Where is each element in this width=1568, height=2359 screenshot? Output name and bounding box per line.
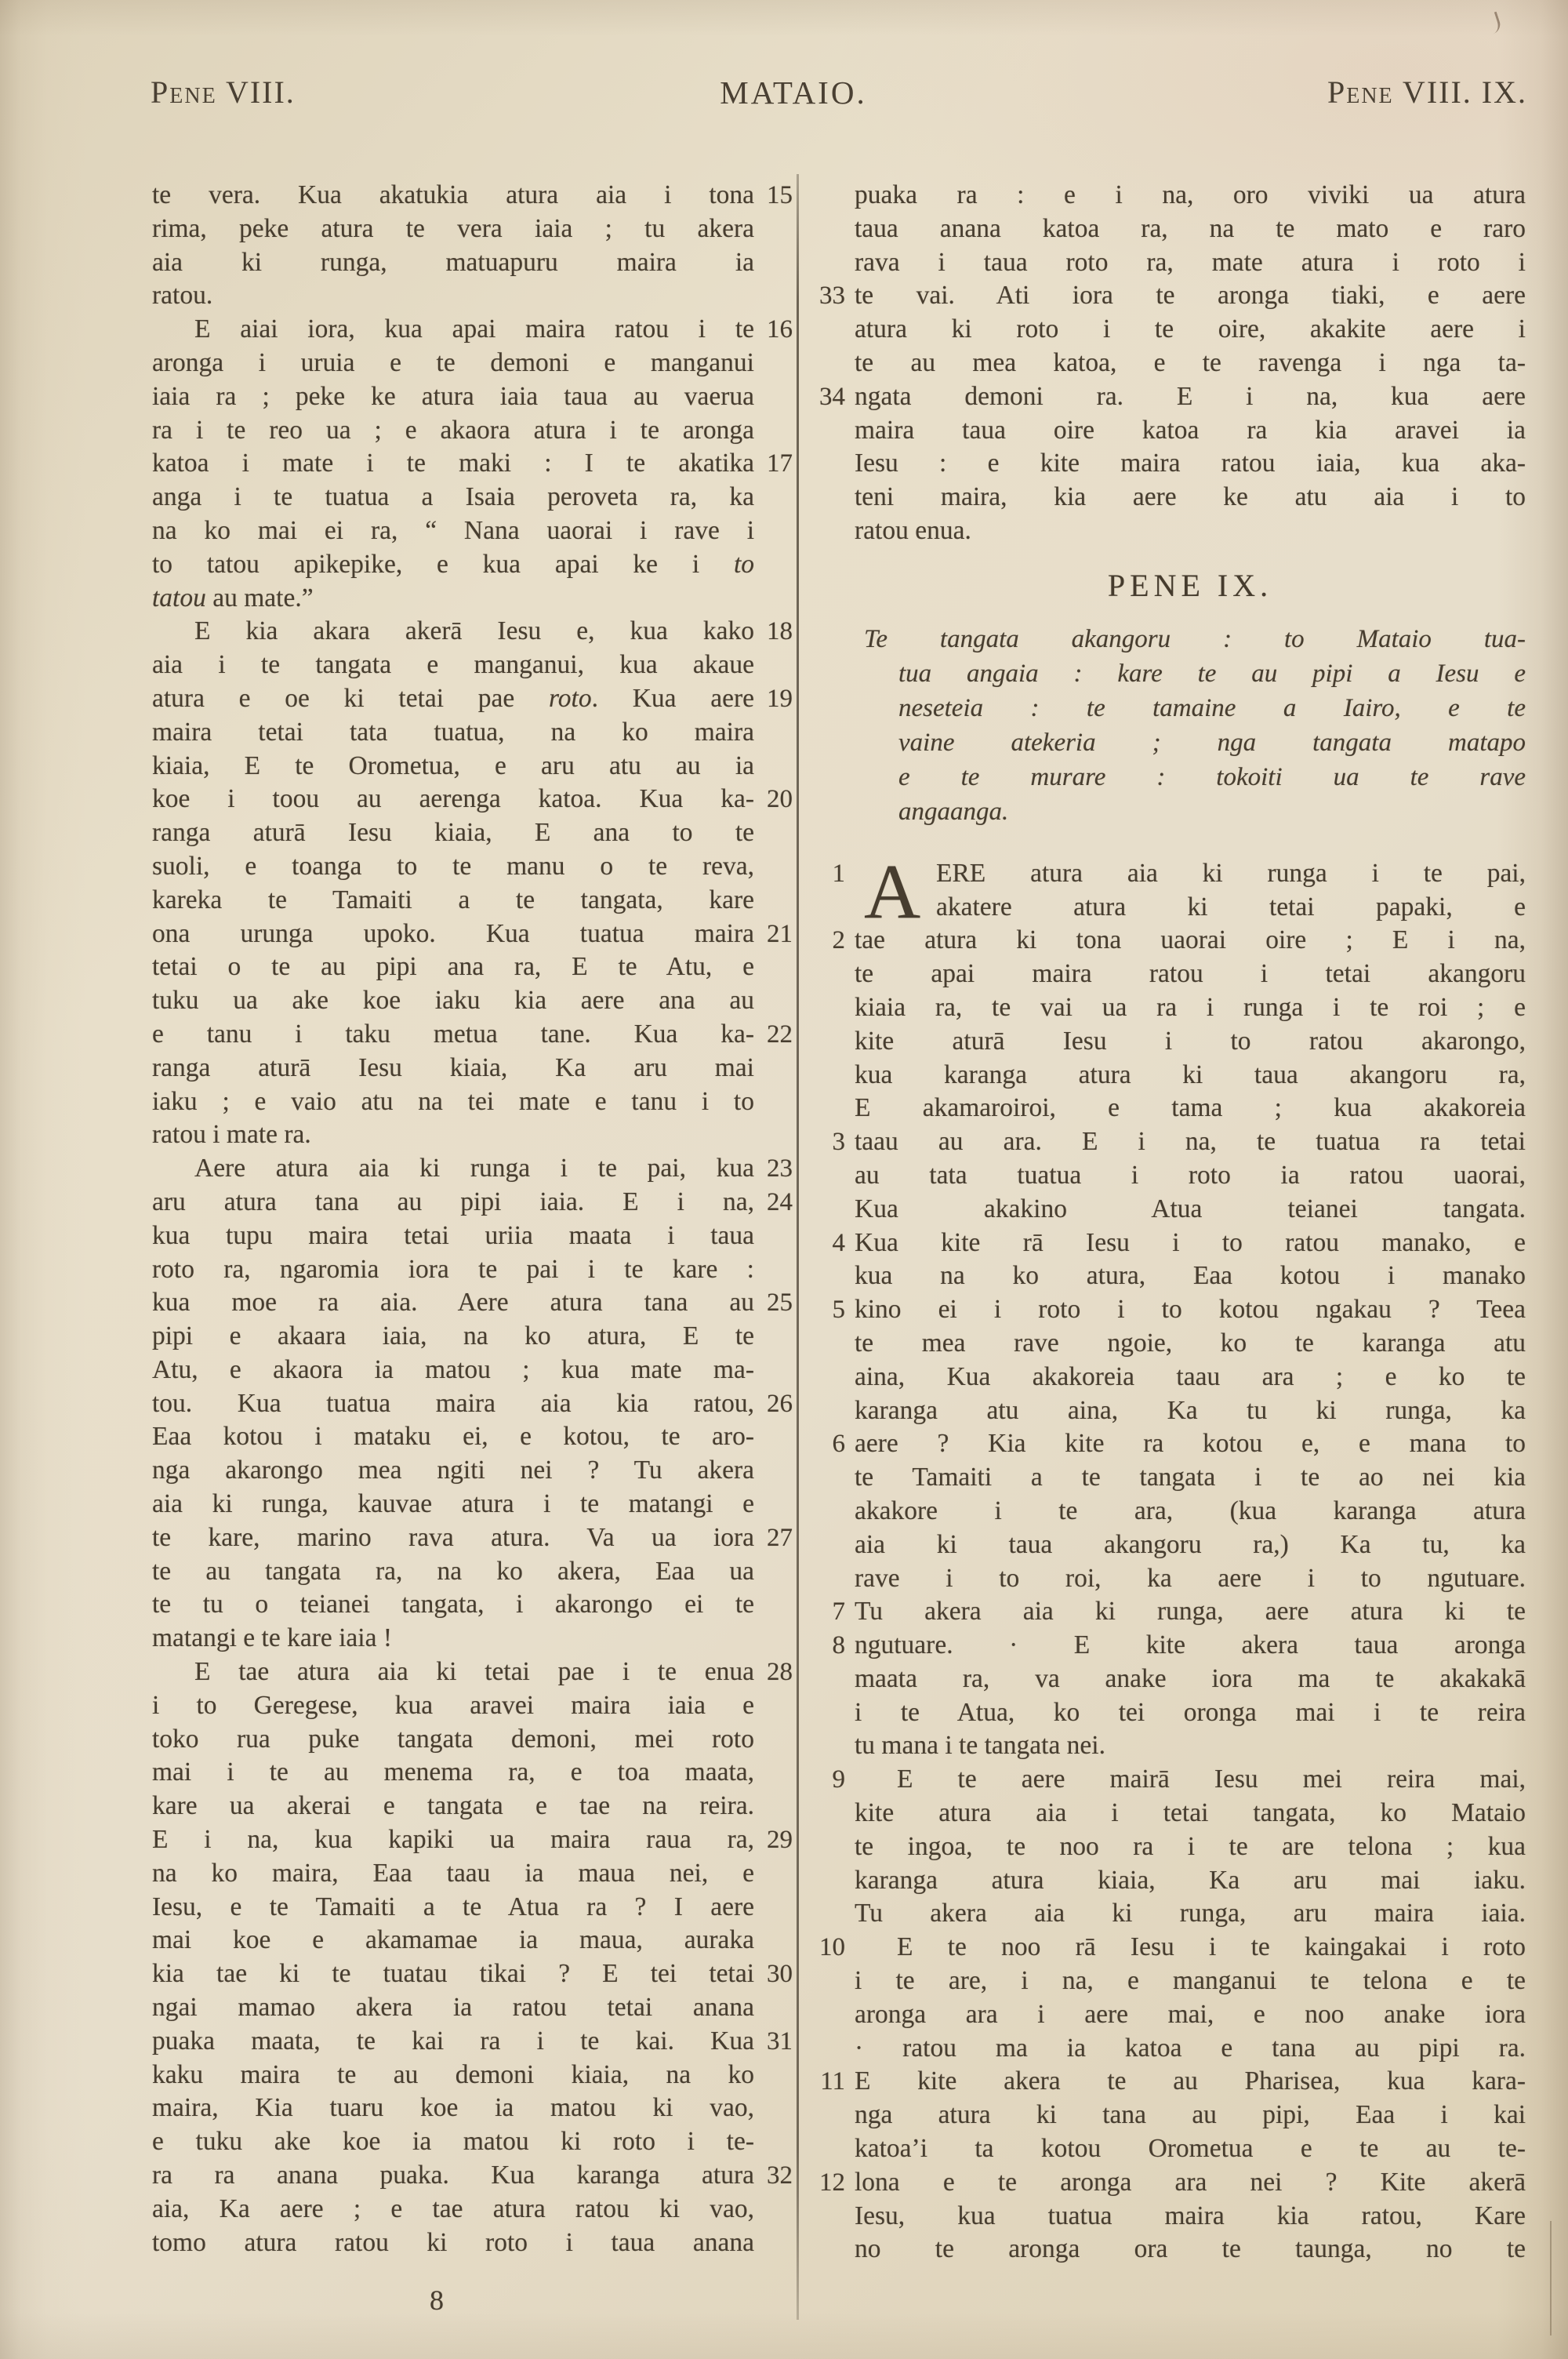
- text-line: E i na, kua kapiki ua maira raua ra,29: [152, 1823, 754, 1857]
- text-line: karanga atura kiaia, Ka aru mai iaku.: [855, 1864, 1526, 1898]
- text-line: taau au ara. E i na, te tuatua ra tetai3: [855, 1125, 1526, 1159]
- text-line: aia ki taua akangoru ra,) Ka tu, ka: [855, 1528, 1526, 1562]
- text-line: ona urunga upoko. Kua tuatua maira21: [152, 918, 754, 951]
- verse-number: 31: [767, 2025, 793, 2059]
- text-line: te vera. Kua akatukia atura aia i tona15: [152, 179, 754, 213]
- text-line: ra ra anana puaka. Kua karanga atura32: [152, 2159, 754, 2193]
- text-line: te au tangata ra, na ko akera, Eaa ua: [152, 1555, 754, 1589]
- text-line: rava i taua roto ra, mate atura i roto i: [855, 246, 1526, 280]
- text-line: atura e oe ki tetai pae roto. Kua aere19: [152, 682, 754, 716]
- verse-number: 2: [833, 924, 846, 958]
- text-line: tuku ua ake koe iaku kia aere ana au: [152, 984, 754, 1018]
- text-line: to tatou apikepike, e kua apai ke i to: [152, 548, 754, 582]
- verse-number: 3: [833, 1125, 846, 1159]
- verse-number: 16: [767, 313, 793, 347]
- text-line: ngai mamao akera ia ratou tetai anana: [152, 1991, 754, 2025]
- text-line: taua anana katoa ra, na te mato e raro: [855, 213, 1526, 246]
- text-line: te apai maira ratou i tetai akangoru: [855, 958, 1526, 991]
- text-line: kiaia ra, te vai ua ra i runga i te roi …: [855, 991, 1526, 1025]
- verse-number: 34: [819, 380, 845, 414]
- text-line: na ko mai ei ra, “ Nana uaorai i rave i: [152, 514, 754, 548]
- verse-number: 7: [833, 1595, 846, 1629]
- text-line: ranga aturā Iesu kiaia, Ka aru mai: [152, 1052, 754, 1085]
- scan-mark: [1486, 12, 1502, 35]
- text-line: E te noo rā Iesu i te kaingakai i roto10: [855, 1931, 1526, 1965]
- text-line: kare ua akerai e tangata e tae na reira.: [152, 1790, 754, 1823]
- text-line: maata ra, va anake iora ma te akakakā: [855, 1663, 1526, 1696]
- text-line: angaanga.: [864, 794, 1526, 829]
- text-line: tomo atura ratou ki roto i taua anana: [152, 2226, 754, 2260]
- text-line: tou. Kua tuatua maira aia kia ratou,26: [152, 1387, 754, 1421]
- verse-number: 4: [833, 1227, 846, 1260]
- verse-number: 6: [833, 1427, 846, 1461]
- text-line: te vai. Ati iora te aronga tiaki, e aere…: [855, 279, 1526, 313]
- text-line: no te aronga ora te taunga, no te: [855, 2233, 1526, 2266]
- text-line: Tu akera aia ki runga, aru maira iaia.: [855, 1897, 1526, 1931]
- text-line: Atu, e akaora ia matou ; kua mate ma-: [152, 1354, 754, 1387]
- verse-number: 26: [767, 1387, 793, 1421]
- text-line: vaine atekeria ; nga tangata matapo: [864, 725, 1526, 760]
- text-line: tae atura ki tona uaorai oire ; E i na,2: [855, 924, 1526, 958]
- chapter-summary: Te tangata akangoru : to Mataio tua-tua …: [855, 622, 1526, 829]
- text-line: Tu akera aia ki runga, aere atura ki te7: [855, 1595, 1526, 1629]
- verse-number: 19: [767, 682, 793, 716]
- text-line: atura ki roto i te oire, akakite aere i: [855, 313, 1526, 347]
- text-line: ERE atura aia ki runga i te pai,1: [855, 857, 1526, 891]
- text-line: kia tae ki te tuatau tikai ? E tei tetai…: [152, 1957, 754, 1991]
- verse-number: 17: [767, 447, 793, 481]
- text-line: teni maira, kia aere ke atu aia i to: [855, 481, 1526, 514]
- header-chapter-left: Pene VIII.: [151, 74, 296, 111]
- page-number: 8: [416, 2284, 457, 2317]
- text-line: au tata tuatua i roto ia ratou uaorai,: [855, 1159, 1526, 1193]
- text-line: tua angaia : kare te au pipi a Iesu e: [864, 656, 1526, 691]
- text-line: anga i te tuatua a Isaia peroveta ra, ka: [152, 481, 754, 514]
- text-line: lona e te aronga ara nei ? Kite akerā12: [855, 2166, 1526, 2200]
- text-line: akakore i te ara, (kua karanga atura: [855, 1495, 1526, 1528]
- text-line: aia ki runga, matuapuru maira ia: [152, 246, 754, 280]
- column-divider-rule: [797, 174, 799, 2320]
- text-line: suoli, e toanga to te manu o te reva,: [152, 850, 754, 884]
- text-line: maira taua oire katoa ra kia aravei ia: [855, 414, 1526, 448]
- text-line: kua na ko atura, Eaa kotou i manako: [855, 1259, 1526, 1293]
- text-line: e tuku ake koe ia matou ki roto i te-: [152, 2125, 754, 2159]
- verse-number: 5: [833, 1293, 846, 1327]
- text-line: mai i te au menema ra, e toa maata,: [152, 1756, 754, 1790]
- text-line: kua tupu maira tetai uriia maata i taua: [152, 1219, 754, 1253]
- running-header: Pene VIII. MATAIO. Pene VIII. IX.: [0, 74, 1568, 114]
- text-line: kua moe ra aia. Aere atura tana au25: [152, 1286, 754, 1320]
- text-line: Kua kite rā Iesu i to ratou manako, e4: [855, 1227, 1526, 1260]
- verse-number: 10: [819, 1931, 845, 1965]
- text-line: ranga aturā Iesu kiaia, E ana to te: [152, 816, 754, 850]
- text-line: maira tetai tata tuatua, na ko maira: [152, 716, 754, 750]
- text-line: kite atura aia i tetai tangata, ko Matai…: [855, 1797, 1526, 1830]
- verse-number: 24: [767, 1186, 793, 1219]
- text-line: Iesu, kua tuatua maira kia ratou, Kare: [855, 2200, 1526, 2234]
- verse-number: 12: [819, 2166, 845, 2200]
- text-line: Iesu, e te Tamaiti a te Atua ra ? I aere: [152, 1891, 754, 1925]
- text-line: Te tangata akangoru : to Mataio tua-: [864, 622, 1526, 656]
- text-line: koe i toou au aerenga katoa. Kua ka-20: [152, 783, 754, 816]
- text-line: karanga atu aina, Ka tu ki runga, ka: [855, 1394, 1526, 1428]
- book-page: Pene VIII. MATAIO. Pene VIII. IX. te ver…: [0, 0, 1568, 2359]
- text-line: aronga i uruia e te demoni e manganui: [152, 347, 754, 380]
- text-line: Iesu : e kite maira ratou iaia, kua aka-: [855, 447, 1526, 481]
- text-line: akatere atura ki tetai papaki, e: [855, 891, 1526, 925]
- text-line: ratou i mate ra.: [152, 1118, 754, 1152]
- verse-number: 11: [820, 2065, 845, 2099]
- text-line: mai koe e akamamae ia maua, auraka: [152, 1924, 754, 1957]
- text-line: aia ki runga, kauvae atura i te matangi …: [152, 1488, 754, 1521]
- page-edge-line: [1550, 2221, 1552, 2335]
- text-line: Eaa kotou i mataku ei, e kotou, te aro-: [152, 1420, 754, 1454]
- verse-number: 8: [833, 1629, 846, 1663]
- text-line: aere ? Kia kite ra kotou e, e mana to6: [855, 1427, 1526, 1461]
- text-line: maira, Kia tuaru koe ia matou ki vao,: [152, 2092, 754, 2125]
- text-line: E aiai iora, kua apai maira ratou i te16: [152, 313, 754, 347]
- verse-number: 32: [767, 2159, 793, 2193]
- text-line: E akamaroiroi, e tama ; kua akakoreia: [855, 1092, 1526, 1125]
- text-line: aina, Kua akakoreia taau ara ; e ko te: [855, 1361, 1526, 1394]
- text-line: aia i te tangata e manganui, kua akaue: [152, 649, 754, 682]
- text-line: nga akarongo mea ngiti nei ? Tu akera: [152, 1454, 754, 1488]
- verse-number: 23: [767, 1152, 793, 1186]
- text-line: ra i te reo ua ; e akaora atura i te aro…: [152, 414, 754, 448]
- text-line: te Tamaiti a te tangata i te ao nei kia: [855, 1461, 1526, 1495]
- text-line: rave i to roi, ka aere i to ngutuare.: [855, 1562, 1526, 1596]
- text-line: tatou au mate.”: [152, 582, 754, 616]
- text-line: Kua akakino Atua teianei tangata.: [855, 1193, 1526, 1227]
- text-line: matangi e te kare iaia !: [152, 1622, 754, 1656]
- verse-number: 30: [767, 1957, 793, 1991]
- text-line: ngata demoni ra. E i na, kua aere34: [855, 380, 1526, 414]
- text-line: puaka ra : e i na, oro viviki ua atura: [855, 179, 1526, 213]
- text-line: na ko maira, Eaa taau ia maua nei, e: [152, 1857, 754, 1891]
- text-line: kino ei i roto i to kotou ngakau ? Teea5: [855, 1293, 1526, 1327]
- text-line: kareka te Tamaiti a te tangata, kare: [152, 884, 754, 918]
- text-line: tetai o te au pipi ana ra, E te Atu, e: [152, 951, 754, 984]
- text-line: neseteia : te tamaine a Iairo, e te: [864, 691, 1526, 725]
- chapter-heading: PENE IX.: [855, 565, 1526, 606]
- text-line: ngutuare. · E kite akera taua aronga8: [855, 1629, 1526, 1663]
- verse-number: 33: [819, 279, 845, 313]
- verse-number: 28: [767, 1656, 793, 1689]
- verse-number: 18: [767, 615, 793, 649]
- text-line: E kia akara akerā Iesu e, kua kako18: [152, 615, 754, 649]
- verse-text-block: te vera. Kua akatukia atura aia i tona15…: [152, 179, 754, 2259]
- text-line: katoa i mate i te maki : I te akatika17: [152, 447, 754, 481]
- header-book-title: MATAIO.: [676, 74, 911, 111]
- text-line: te au mea katoa, e te ravenga i nga ta-: [855, 347, 1526, 380]
- text-line: kua karanga atura ki taua akangoru ra,: [855, 1059, 1526, 1092]
- text-line: ratou enua.: [855, 514, 1526, 548]
- text-line: nga atura ki tana au pipi, Eaa i kai: [855, 2099, 1526, 2132]
- text-line: i te are, i na, e manganui te telona e t…: [855, 1965, 1526, 1998]
- text-line: iaku ; e vaio atu na tei mate e tanu i t…: [152, 1085, 754, 1119]
- verse-number: 20: [767, 783, 793, 816]
- text-line: E te aere mairā Iesu mei reira mai,9: [855, 1763, 1526, 1797]
- verse-text-block: AERE atura aia ki runga i te pai,1akater…: [855, 857, 1526, 2266]
- text-line: i te Atua, ko tei oronga mai i te reira: [855, 1696, 1526, 1730]
- text-line: ratou.: [152, 279, 754, 313]
- text-line: e te murare : tokoiti ua te rave: [864, 760, 1526, 794]
- text-line: te ingoa, te noo ra i te are telona ; ku…: [855, 1830, 1526, 1864]
- text-line: kaku maira te au demoni kiaia, na ko: [152, 2059, 754, 2092]
- text-line: e tanu i taku metua tane. Kua ka-22: [152, 1018, 754, 1052]
- verse-number: 1: [833, 857, 846, 891]
- verse-number: 15: [767, 179, 793, 213]
- column-left: te vera. Kua akatukia atura aia i tona15…: [152, 179, 754, 2259]
- text-line: · ratou ma ia katoa e tana au pipi ra.: [855, 2032, 1526, 2066]
- text-line: E kite akera te au Pharisea, kua kara-11: [855, 2065, 1526, 2099]
- verse-number: 21: [767, 918, 793, 951]
- text-line: aru atura tana au pipi iaia. E i na,24: [152, 1186, 754, 1219]
- verse-number: 27: [767, 1521, 793, 1555]
- text-line: roto ra, ngaromia iora te pai i te kare …: [152, 1253, 754, 1287]
- text-line: te tu o teianei tangata, i akarongo ei t…: [152, 1588, 754, 1622]
- text-line: iaia ra ; peke ke atura iaia taua au vae…: [152, 380, 754, 414]
- text-line: puaka maata, te kai ra i te kai. Kua31: [152, 2025, 754, 2059]
- text-line: kiaia, E te Orometua, e aru atu au ia: [152, 750, 754, 783]
- text-line: te mea rave ngoie, ko te karanga atu: [855, 1327, 1526, 1361]
- text-line: aronga ara i aere mai, e noo anake iora: [855, 1998, 1526, 2032]
- text-line: toko rua puke tangata demoni, mei roto: [152, 1723, 754, 1757]
- text-line: te kare, marino rava atura. Va ua iora27: [152, 1521, 754, 1555]
- text-line: aia, Ka aere ; e tae atura ratou ki vao,: [152, 2193, 754, 2226]
- text-line: E tae atura aia ki tetai pae i te enua28: [152, 1656, 754, 1689]
- verse-number: 25: [767, 1286, 793, 1320]
- text-line: i to Geregese, kua aravei maira iaia e: [152, 1689, 754, 1723]
- text-line: Aere atura aia ki runga i te pai, kua23: [152, 1152, 754, 1186]
- text-line: kite aturā Iesu i to ratou akarongo,: [855, 1025, 1526, 1059]
- verse-text-block: puaka ra : e i na, oro viviki ua aturata…: [855, 179, 1526, 548]
- column-right: puaka ra : e i na, oro viviki ua aturata…: [855, 179, 1526, 2266]
- header-chapter-right: Pene VIII. IX.: [1135, 74, 1527, 111]
- text-line: tu mana i te tangata nei.: [855, 1729, 1526, 1763]
- text-line: rima, peke atura te vera iaia ; tu akera: [152, 213, 754, 246]
- verse-number: 29: [767, 1823, 793, 1857]
- text-line: pipi e akaara iaia, na ko atura, E te: [152, 1320, 754, 1354]
- text-line: katoa’i ta kotou Orometua e te au te-: [855, 2132, 1526, 2166]
- verse-number: 22: [767, 1018, 793, 1052]
- verse-number: 9: [833, 1763, 846, 1797]
